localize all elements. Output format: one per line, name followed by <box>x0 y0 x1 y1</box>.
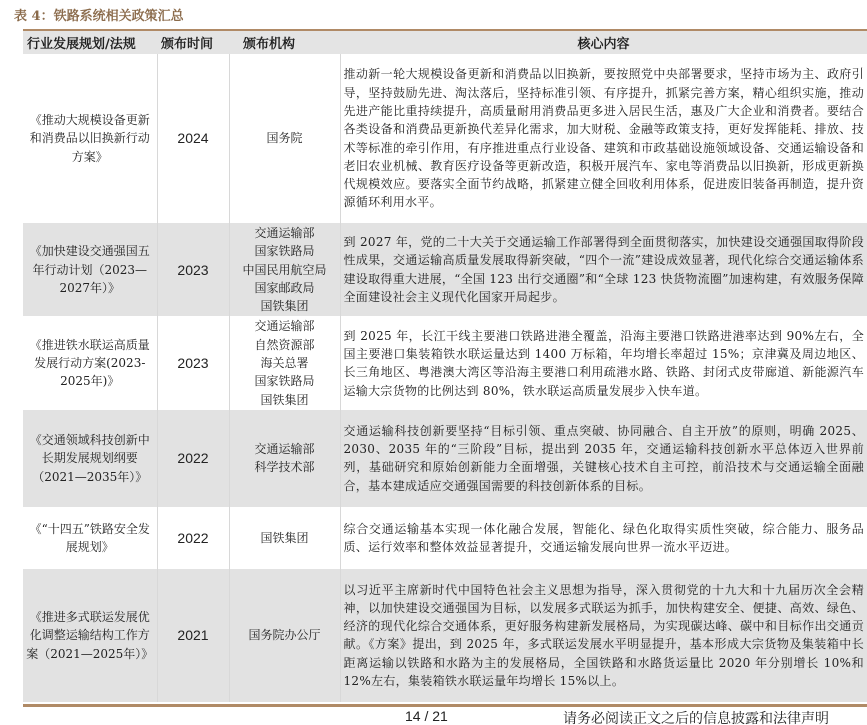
policy-table: 行业发展规划/法规 颁布时间 颁布机构 核心内容 《推动大规模设备更新和消费品以… <box>23 31 867 702</box>
policy-content: 交通运输科技创新要坚持“目标引领、重点突破、协同融合、自主开放”的原则，明确 2… <box>340 410 867 507</box>
policy-content: 到 2025 年，长江干线主要港口铁路进港全覆盖，沿海主要港口铁路进港率达到 9… <box>340 316 867 409</box>
policy-name: 《推进铁水联运高质量发展行动方案(2023-2025年)》 <box>23 316 157 409</box>
policy-year: 2021 <box>157 569 229 702</box>
table-row: 《“十四五”铁路安全发展规划》 2022 国铁集团 综合交通运输基本实现一体化融… <box>23 507 867 569</box>
header-issuer: 颁布机构 <box>229 31 340 54</box>
policy-year: 2023 <box>157 316 229 409</box>
header-policy-name: 行业发展规划/法规 <box>23 31 157 54</box>
page-number: 14 / 21 <box>405 708 448 724</box>
policy-content: 以习近平主席新时代中国特色社会主义思想为指导，深入贯彻党的十九大和十九届历次全会… <box>340 569 867 702</box>
issuer-line: 交通运输部 <box>233 317 337 335</box>
issuer-line: 国家邮政局 <box>233 279 337 297</box>
issuer-line: 国家铁路局 <box>233 372 337 390</box>
table-caption: 表 4：铁路系统相关政策汇总 <box>14 5 184 24</box>
policy-name: 《推进多式联运发展优化调整运输结构工作方案（2021—2025年）》 <box>23 569 157 702</box>
policy-issuer: 国铁集团 <box>229 507 340 569</box>
policy-issuer: 交通运输部 自然资源部 海关总署 国家铁路局 国铁集团 <box>229 316 340 409</box>
table-row: 《推进多式联运发展优化调整运输结构工作方案（2021—2025年）》 2021 … <box>23 569 867 702</box>
policy-content: 到 2027 年，党的二十大关于交通运输工作部署得到全面贯彻落实，加快建设交通强… <box>340 223 867 316</box>
policy-name: 《“十四五”铁路安全发展规划》 <box>23 507 157 569</box>
policy-content: 推动新一轮大规模设备更新和消费品以旧换新，要按照党中央部署要求，坚持市场为主、政… <box>340 54 867 223</box>
policy-name: 《交通领域科技创新中长期发展规划纲要（2021—2035年）》 <box>23 410 157 507</box>
policy-issuer: 国务院办公厅 <box>229 569 340 702</box>
issuer-line: 国家铁路局 <box>233 242 337 260</box>
policy-name: 《推动大规模设备更新和消费品以旧换新行动方案》 <box>23 54 157 223</box>
header-core-content: 核心内容 <box>340 31 867 54</box>
policy-content: 综合交通运输基本实现一体化融合发展，智能化、绿色化取得实质性突破，综合能力、服务… <box>340 507 867 569</box>
policy-year: 2024 <box>157 54 229 223</box>
footer-divider <box>23 704 867 707</box>
table-row: 《加快建设交通强国五年行动计划（2023—2027年）》 2023 交通运输部 … <box>23 223 867 316</box>
table-row: 《推动大规模设备更新和消费品以旧换新行动方案》 2024 国务院 推动新一轮大规… <box>23 54 867 223</box>
policy-table-container: 行业发展规划/法规 颁布时间 颁布机构 核心内容 《推动大规模设备更新和消费品以… <box>23 29 867 702</box>
issuer-line: 国铁集团 <box>233 297 337 315</box>
policy-issuer: 交通运输部 科学技术部 <box>229 410 340 507</box>
policy-year: 2023 <box>157 223 229 316</box>
policy-name: 《加快建设交通强国五年行动计划（2023—2027年）》 <box>23 223 157 316</box>
policy-year: 2022 <box>157 410 229 507</box>
issuer-line: 国务院办公厅 <box>233 626 337 644</box>
issuer-line: 国铁集团 <box>233 529 337 547</box>
policy-issuer: 国务院 <box>229 54 340 223</box>
issuer-line: 中国民用航空局 <box>233 261 337 279</box>
issuer-line: 科学技术部 <box>233 458 337 476</box>
issuer-line: 国务院 <box>233 129 337 147</box>
table-header-row: 行业发展规划/法规 颁布时间 颁布机构 核心内容 <box>23 31 867 54</box>
issuer-line: 交通运输部 <box>233 440 337 458</box>
policy-year: 2022 <box>157 507 229 569</box>
table-row: 《交通领域科技创新中长期发展规划纲要（2021—2035年）》 2022 交通运… <box>23 410 867 507</box>
header-year: 颁布时间 <box>157 31 229 54</box>
policy-issuer: 交通运输部 国家铁路局 中国民用航空局 国家邮政局 国铁集团 <box>229 223 340 316</box>
legal-disclaimer: 请务必阅读正文之后的信息披露和法律声明 <box>563 708 829 725</box>
issuer-line: 交通运输部 <box>233 224 337 242</box>
issuer-line: 海关总署 <box>233 354 337 372</box>
table-row: 《推进铁水联运高质量发展行动方案(2023-2025年)》 2023 交通运输部… <box>23 316 867 409</box>
issuer-line: 国铁集团 <box>233 391 337 409</box>
issuer-line: 自然资源部 <box>233 336 337 354</box>
